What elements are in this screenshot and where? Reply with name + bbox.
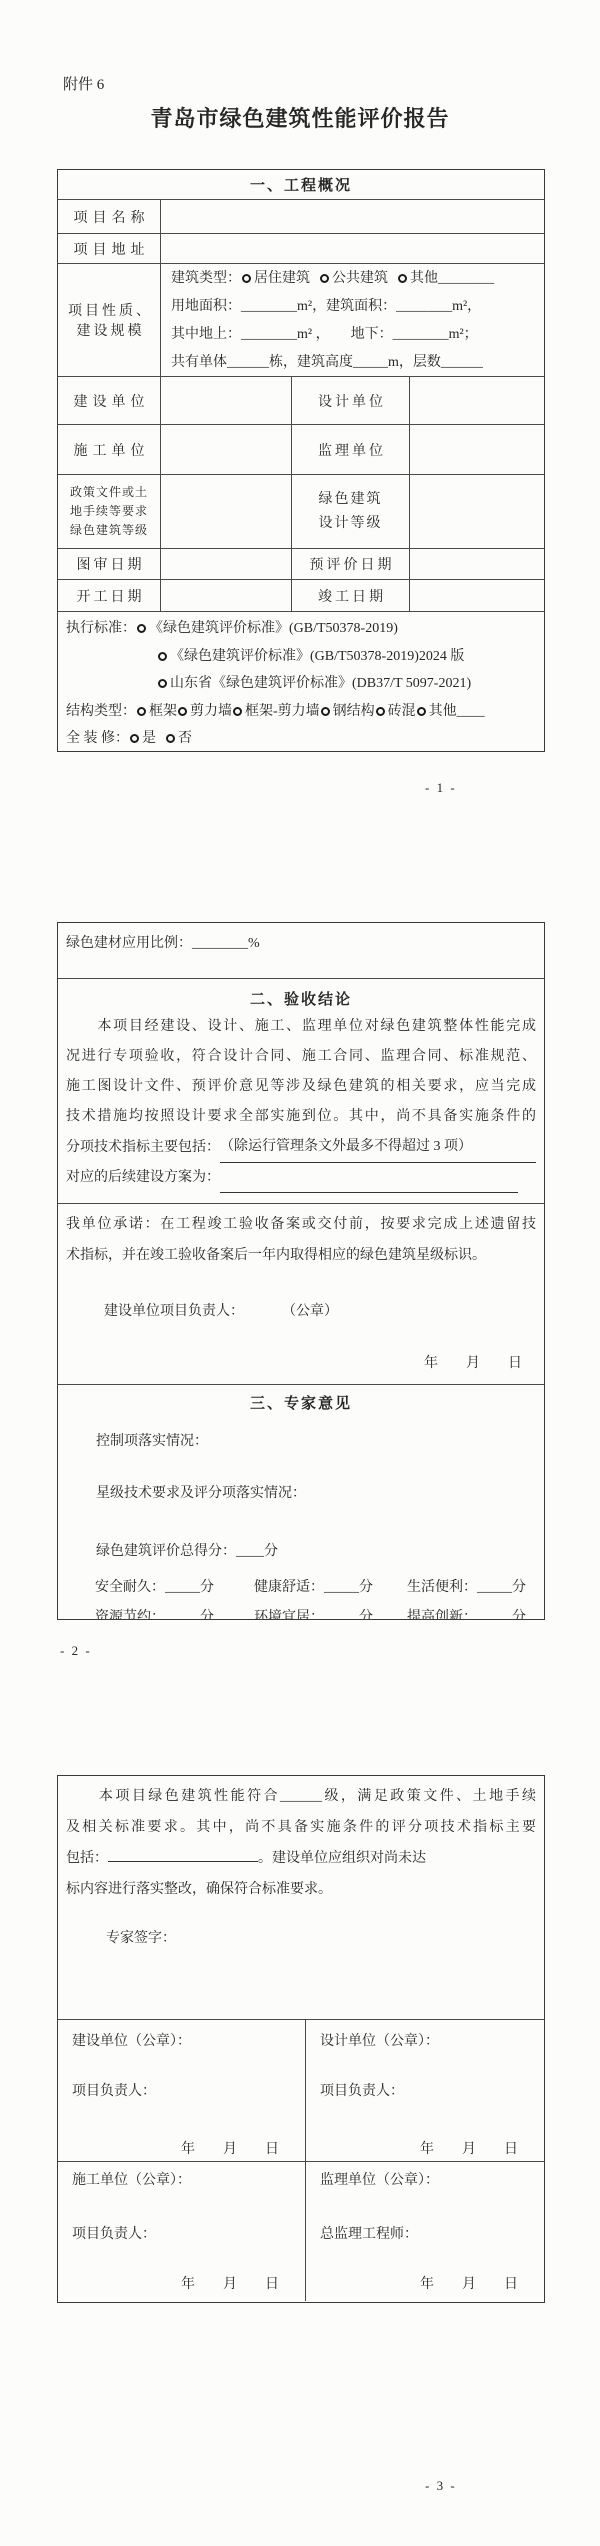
- acceptance-table: 绿色建材应用比例：________% 二、验收结论 本项目经建设、设计、施工、监…: [57, 922, 545, 1620]
- policy-grade-row: 政策文件或土 地手续等要求 绿色建筑等级 绿色建筑 设计等级: [58, 474, 544, 548]
- conclusion-line-2: 及相关标准要求。其中，尚不具备实施条件的评分项技术指标主要: [66, 1812, 536, 1843]
- radio-icon[interactable]: [158, 679, 167, 688]
- supervision-unit-label: 监理单位: [291, 425, 409, 474]
- commitment-line-2: 术指标，并在竣工验收备案后一年内取得相应的绿色建筑星级标识。: [66, 1240, 536, 1271]
- score-row-1: 安全耐久：_____分 健康舒适：_____分 生活便利：_____分: [58, 1573, 544, 1603]
- design-unit-input[interactable]: [409, 377, 544, 424]
- above-underground-line: 其中地上：________m² ， 地下：________m²；: [171, 321, 540, 349]
- start-date-input[interactable]: [160, 580, 291, 611]
- followup-plan-blank[interactable]: [220, 1192, 518, 1193]
- construction-unit-label: 建设单位: [58, 377, 160, 424]
- project-leader-label[interactable]: 项目负责人：: [72, 2082, 291, 2102]
- unit-seal-label: 设计单位（公章）：: [320, 2032, 530, 2052]
- conclusion-line-1: 本项目绿色建筑性能符合______级，满足政策文件、土地手续: [66, 1781, 536, 1812]
- supervision-unit-input[interactable]: [409, 425, 544, 474]
- project-address-row: 项目地址: [58, 233, 544, 263]
- structure-option-steel[interactable]: 钢结构: [320, 704, 375, 719]
- project-leader-label[interactable]: 项目负责人：: [320, 2082, 530, 2102]
- building-type-line: 建筑类型：居住建筑公共建筑其他________: [171, 265, 540, 293]
- acceptance-conclusion-section: 二、验收结论 本项目经建设、设计、施工、监理单位对绿色建筑整体性能完成 况进行专…: [58, 978, 544, 1203]
- section-title-expert: 三、专家意见: [58, 1391, 544, 1417]
- builder-unit-input[interactable]: [160, 425, 291, 474]
- design-unit-signature-block: 设计单位（公章）： 项目负责人： 年 月 日: [305, 2020, 544, 2161]
- conclusion-section: 本项目绿色建筑性能符合______级，满足政策文件、土地手续 及相关标准要求。其…: [58, 1776, 544, 2019]
- project-nature-label: 项目性质、 建设规模: [58, 264, 160, 376]
- decoration-option-yes[interactable]: 是: [129, 731, 156, 746]
- conclusion-table: 本项目绿色建筑性能符合______级，满足政策文件、土地手续 及相关标准要求。其…: [57, 1775, 545, 2303]
- review-preeval-date-row: 图审日期 预评价日期: [58, 548, 544, 579]
- signature-date[interactable]: 年 月 日: [320, 2140, 530, 2160]
- score-environment: 环境宜居：_____分: [254, 1603, 407, 1620]
- signature-date[interactable]: 年 月 日: [72, 2275, 291, 2295]
- land-area-line: 用地面积：________m²，建筑面积：________m²，: [171, 293, 540, 321]
- green-design-grade-input[interactable]: [409, 475, 544, 548]
- acceptance-body-line-3: 施工图设计文件、预评价意见等涉及绿色建筑的相关要求，应当完成: [58, 1072, 544, 1102]
- star-requirements-line: 星级技术要求及评分项落实情况：: [58, 1479, 544, 1509]
- page-number-1: - 1 -: [425, 780, 457, 796]
- decoration-option-no[interactable]: 否: [165, 731, 192, 746]
- standard-option-2[interactable]: 《绿色建筑评价标准》(GB/T50378-2019)2024 版: [157, 649, 464, 664]
- construction-unit-signature-block: 建设单位（公章）： 项目负责人： 年 月 日: [58, 2020, 305, 2161]
- standard-option-1[interactable]: 《绿色建筑评价标准》(GB/T50378-2019): [136, 621, 398, 636]
- radio-icon[interactable]: [242, 274, 251, 283]
- start-date-label: 开工日期: [58, 580, 160, 611]
- attachment-label: 附件 6: [63, 73, 104, 94]
- score-safety: 安全耐久：_____分: [95, 1573, 254, 1603]
- signature-row-2: 施工单位（公章）： 项目负责人： 年 月 日 监理单位（公章）： 总监理工程师：…: [58, 2161, 544, 2301]
- project-address-label: 项目地址: [58, 234, 160, 263]
- green-material-ratio-line: 绿色建材应用比例：________%: [66, 932, 536, 952]
- structure-option-frame[interactable]: 框架: [136, 704, 177, 719]
- page-number-3: - 3 -: [425, 2478, 457, 2494]
- page-number-2: - 2 -: [60, 1643, 92, 1659]
- radio-icon[interactable]: [178, 707, 187, 716]
- review-date-label: 图审日期: [58, 549, 160, 579]
- builder-supervision-row: 施工单位 监理单位: [58, 424, 544, 474]
- project-leader-label[interactable]: 项目负责人：: [72, 2225, 291, 2245]
- radio-icon[interactable]: [376, 707, 385, 716]
- acceptance-body-line-2: 况进行专项验收，符合设计合同、施工合同、监理合同、标准规范、: [58, 1042, 544, 1072]
- building-type-option-public[interactable]: 公共建筑: [319, 271, 388, 286]
- structure-option-frame-shearwall[interactable]: 框架-剪力墙: [232, 704, 320, 719]
- signature-date[interactable]: 年 月 日: [320, 2275, 530, 2295]
- section-title-overview: 一、工程概况: [58, 170, 544, 199]
- radio-icon[interactable]: [137, 707, 146, 716]
- project-name-label: 项目名称: [58, 200, 160, 233]
- standards-line-1: 执行标准：《绿色建筑评价标准》(GB/T50378-2019): [66, 615, 540, 643]
- control-items-line: 控制项落实情况：: [58, 1427, 544, 1457]
- building-type-option-other[interactable]: 其他________: [397, 271, 494, 286]
- pending-items-line: 分项技术指标主要包括： （除运行管理条文外最多不得超过 3 项）: [58, 1132, 544, 1163]
- expert-signature-label: 专家签字：: [66, 1923, 536, 1954]
- radio-icon[interactable]: [417, 707, 426, 716]
- page-title: 青岛市绿色建筑性能评价报告: [0, 102, 600, 133]
- signature-date[interactable]: 年 月 日: [72, 2140, 291, 2160]
- standards-line-3: 山东省《绿色建筑评价标准》(DB37/T 5097-2021): [66, 670, 540, 698]
- structure-option-shearwall[interactable]: 剪力墙: [177, 704, 232, 719]
- completion-date-input[interactable]: [409, 580, 544, 611]
- commitment-line-1: 我单位承诺：在工程竣工验收备案或交付前，按要求完成上述遗留技: [66, 1209, 536, 1240]
- commitment-date-line[interactable]: 年 月 日: [66, 1349, 536, 1379]
- project-nature-content: 建筑类型：居住建筑公共建筑其他________ 用地面积：________m²，…: [160, 264, 544, 376]
- start-completion-date-row: 开工日期 竣工日期: [58, 579, 544, 611]
- project-address-input[interactable]: [160, 234, 544, 263]
- standards-structure-block: 执行标准：《绿色建筑评价标准》(GB/T50378-2019) 《绿色建筑评价标…: [58, 611, 544, 750]
- project-name-row: 项目名称: [58, 199, 544, 233]
- radio-icon[interactable]: [398, 274, 407, 283]
- radio-icon[interactable]: [321, 707, 330, 716]
- structure-option-other[interactable]: 其他____: [416, 704, 485, 719]
- expert-opinion-section: 三、专家意见 控制项落实情况： 星级技术要求及评分项落实情况： 绿色建筑评价总得…: [58, 1384, 544, 1620]
- owner-signature-line: 建设单位项目负责人： （公章）: [66, 1297, 536, 1327]
- policy-requirement-input[interactable]: [160, 475, 291, 548]
- green-design-grade-label: 绿色建筑 设计等级: [291, 475, 409, 548]
- chief-supervisor-label[interactable]: 总监理工程师：: [320, 2225, 530, 2245]
- builder-unit-signature-block: 施工单位（公章）： 项目负责人： 年 月 日: [58, 2162, 305, 2301]
- radio-icon[interactable]: [320, 274, 329, 283]
- standards-line-2: 《绿色建筑评价标准》(GB/T50378-2019)2024 版: [66, 643, 540, 671]
- policy-requirement-label: 政策文件或土 地手续等要求 绿色建筑等级: [58, 475, 160, 548]
- review-date-input[interactable]: [160, 549, 291, 579]
- unit-seal-label: 监理单位（公章）：: [320, 2171, 530, 2191]
- builder-unit-label: 施工单位: [58, 425, 160, 474]
- conclusion-line-4: 标内容进行落实整改，确保符合标准要求。: [66, 1874, 536, 1905]
- followup-plan-line: 对应的后续建设方案为：: [58, 1163, 544, 1193]
- radio-icon[interactable]: [166, 734, 175, 743]
- pre-eval-date-input[interactable]: [409, 549, 544, 579]
- report-document: 附件 6 青岛市绿色建筑性能评价报告 一、工程概况 项目名称 项目地址 项目性质…: [0, 0, 600, 2546]
- score-resource: 资源节约：_____分: [95, 1603, 254, 1620]
- structure-type-line: 结构类型：框架剪力墙框架-剪力墙钢结构砖混其他____: [66, 698, 540, 726]
- conclusion-line-3: 包括：。建设单位应组织对尚未达: [66, 1843, 536, 1874]
- units-height-floors-line: 共有单体______栋，建筑高度_____m，层数______: [171, 349, 540, 376]
- green-material-row: 绿色建材应用比例：________%: [58, 923, 544, 978]
- completion-date-label: 竣工日期: [291, 580, 409, 611]
- supervision-unit-signature-block: 监理单位（公章）： 总监理工程师： 年 月 日: [305, 2162, 544, 2301]
- radio-icon[interactable]: [233, 707, 242, 716]
- structure-option-brick[interactable]: 砖混: [375, 704, 416, 719]
- project-name-input[interactable]: [160, 200, 544, 233]
- acceptance-body-line-1: 本项目经建设、设计、施工、监理单位对绿色建筑整体性能完成: [58, 1012, 544, 1042]
- section-title-acceptance: 二、验收结论: [58, 988, 544, 1012]
- standard-option-3[interactable]: 山东省《绿色建筑评价标准》(DB37/T 5097-2021): [157, 676, 471, 691]
- signature-row-1: 建设单位（公章）： 项目负责人： 年 月 日 设计单位（公章）： 项目负责人： …: [58, 2019, 544, 2161]
- acceptance-body-line-4: 技术措施均按照设计要求全部实施到位。其中，尚不具备实施条件的: [58, 1102, 544, 1132]
- score-health: 健康舒适：_____分: [254, 1573, 407, 1603]
- construction-unit-input[interactable]: [160, 377, 291, 424]
- project-nature-row: 项目性质、 建设规模 建筑类型：居住建筑公共建筑其他________ 用地面积：…: [58, 263, 544, 376]
- radio-icon[interactable]: [137, 624, 146, 633]
- total-score-line: 绿色建筑评价总得分：____分: [58, 1537, 544, 1567]
- score-innovation: 提高创新：_____分: [407, 1603, 544, 1620]
- pending-score-items-blank[interactable]: [108, 1844, 258, 1862]
- score-convenience: 生活便利：_____分: [407, 1573, 544, 1603]
- unit-seal-label: 施工单位（公章）：: [72, 2171, 291, 2191]
- pending-items-blank[interactable]: （除运行管理条文外最多不得超过 3 项）: [220, 1132, 536, 1163]
- project-overview-table: 一、工程概况 项目名称 项目地址 项目性质、 建设规模 建筑类型：居住建筑公共建…: [57, 169, 545, 752]
- radio-icon[interactable]: [130, 734, 139, 743]
- official-seal-label: （公章）: [282, 1297, 338, 1327]
- commitment-section: 我单位承诺：在工程竣工验收备案或交付前，按要求完成上述遗留技 术指标，并在竣工验…: [58, 1203, 544, 1384]
- construction-design-row: 建设单位 设计单位: [58, 376, 544, 424]
- building-type-option-residential[interactable]: 居住建筑: [241, 271, 310, 286]
- pre-eval-date-label: 预评价日期: [291, 549, 409, 579]
- design-unit-label: 设计单位: [291, 377, 409, 424]
- radio-icon[interactable]: [158, 652, 167, 661]
- score-row-2: 资源节约：_____分 环境宜居：_____分 提高创新：_____分: [58, 1603, 544, 1620]
- unit-seal-label: 建设单位（公章）：: [72, 2032, 291, 2052]
- full-decoration-line: 全 装 修：是否: [66, 725, 540, 750]
